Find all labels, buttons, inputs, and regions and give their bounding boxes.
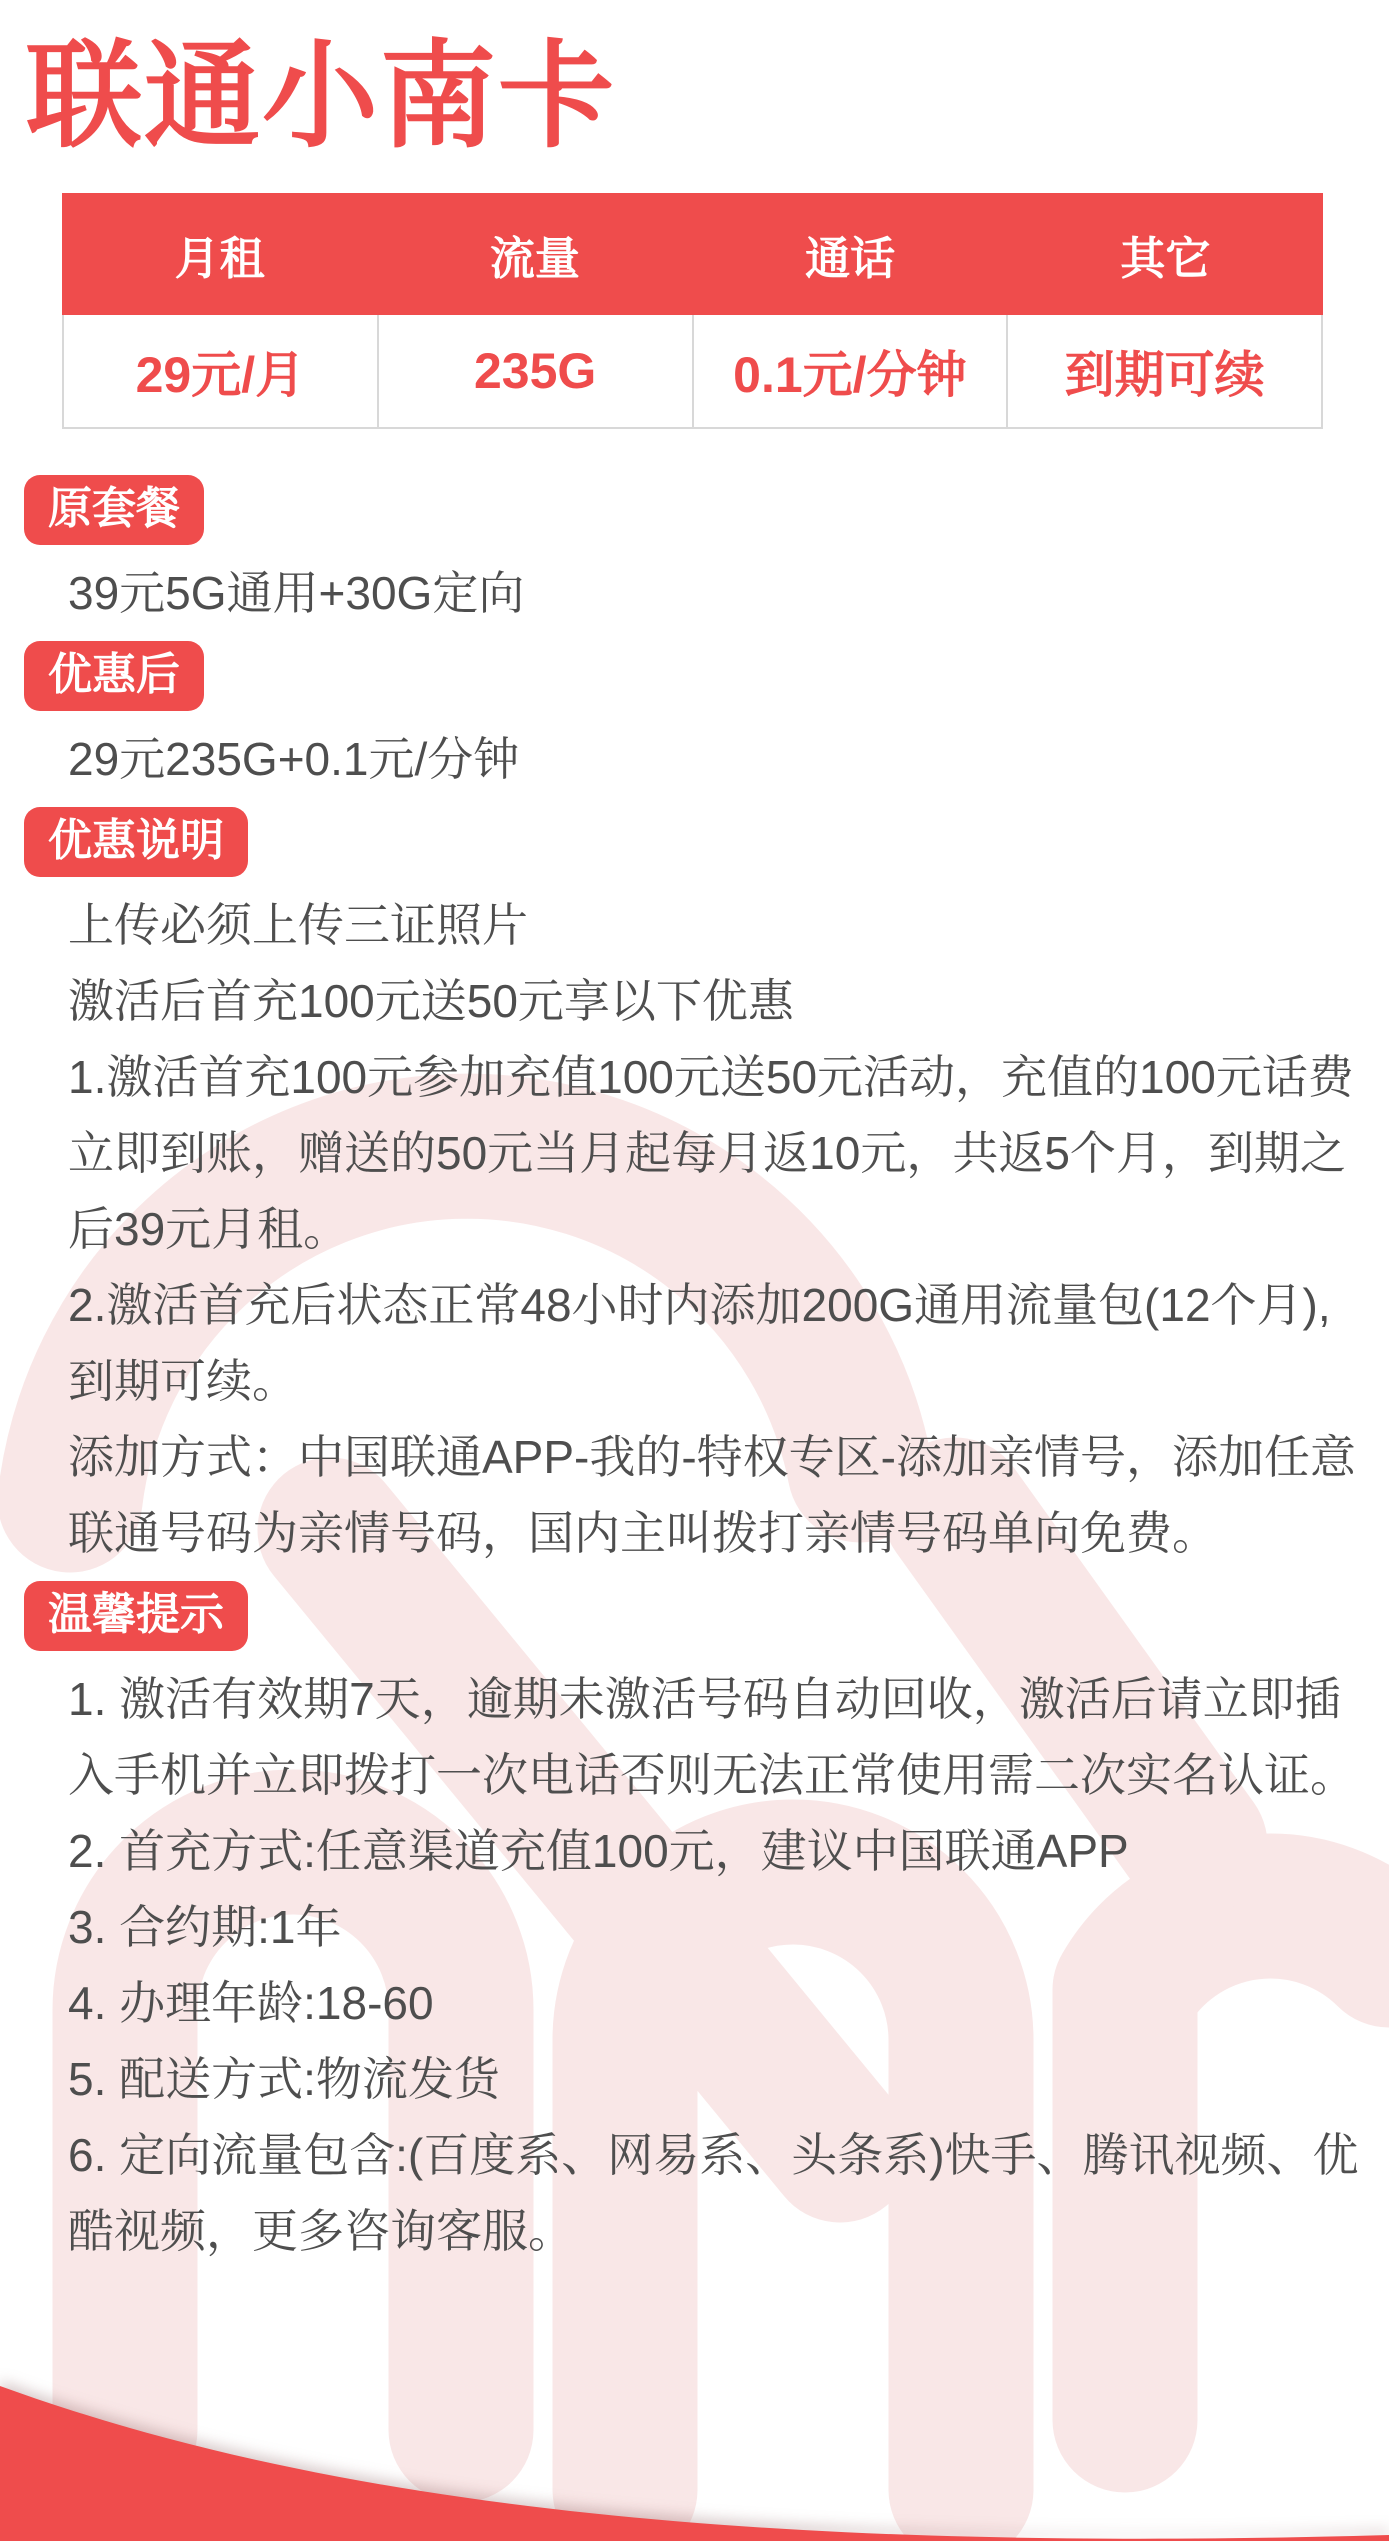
section-original-plan: 原套餐 39元5G通用+30G定向: [24, 475, 1389, 631]
text-line: 6. 定向流量包含:(百度系、网易系、头条系)快手、腾讯视频、优: [68, 2117, 1349, 2193]
page-title: 联通小南卡: [26, 30, 1389, 163]
value-cell-data: 235G: [377, 315, 692, 427]
text-line: 立即到账，赠送的50元当月起每月返10元，共返5个月，到期之: [68, 1115, 1349, 1191]
header-cell-calls: 通话: [693, 222, 1008, 287]
badge-promo-description: 优惠说明: [24, 807, 248, 877]
flyer-content: 联通小南卡 月租 流量 通话 其它 29元/月 235G 0.1元/分钟 到期可…: [0, 30, 1389, 2269]
text-line: 添加方式：中国联通APP-我的-特权专区-添加亲情号，添加任意: [68, 1419, 1349, 1495]
section-promo-description: 优惠说明 上传必须上传三证照片激活后首充100元送50元享以下优惠1.激活首充1…: [24, 807, 1389, 1571]
text-line: 1.激活首充100元参加充值100元送50元活动，充值的100元话费: [68, 1039, 1349, 1115]
text-line: 5. 配送方式:物流发货: [68, 2041, 1349, 2117]
text-line: 29元235G+0.1元/分钟: [68, 721, 1349, 797]
section-warm-tips: 温馨提示 1. 激活有效期7天，逾期未激活号码自动回收，激活后请立即插入手机并立…: [24, 1581, 1389, 2269]
value-cell-monthly-fee: 29元/月: [64, 315, 377, 427]
plan-table-value-row: 29元/月 235G 0.1元/分钟 到期可续: [62, 315, 1323, 429]
text-line: 39元5G通用+30G定向: [68, 555, 1349, 631]
header-cell-data: 流量: [377, 222, 692, 287]
footer-curve-shape: [0, 2386, 1389, 2541]
text-line: 4. 办理年龄:18-60: [68, 1965, 1349, 2041]
badge-warm-tips: 温馨提示: [24, 1581, 248, 1651]
header-cell-monthly-fee: 月租: [62, 222, 377, 287]
text-line: 激活后首充100元送50元享以下优惠: [68, 963, 1349, 1039]
text-line: 入手机并立即拨打一次电话否则无法正常使用需二次实名认证。: [68, 1737, 1349, 1813]
text-line: 2. 首充方式:任意渠道充值100元，建议中国联通APP: [68, 1813, 1349, 1889]
text-line: 2.激活首充后状态正常48小时内添加200G通用流量包(12个月),: [68, 1267, 1349, 1343]
footer-red-curve: [0, 2281, 1389, 2541]
text-line: 到期可续。: [68, 1343, 1349, 1419]
plan-table-header-row: 月租 流量 通话 其它: [62, 193, 1323, 315]
badge-original-plan: 原套餐: [24, 475, 204, 545]
value-cell-calls: 0.1元/分钟: [692, 315, 1007, 427]
text-line: 后39元月租。: [68, 1191, 1349, 1267]
warm-tips-lines: 1. 激活有效期7天，逾期未激活号码自动回收，激活后请立即插入手机并立即拨打一次…: [68, 1661, 1349, 2269]
section-after-discount: 优惠后 29元235G+0.1元/分钟: [24, 641, 1389, 797]
plan-table: 月租 流量 通话 其它 29元/月 235G 0.1元/分钟 到期可续: [62, 193, 1323, 429]
after-discount-lines: 29元235G+0.1元/分钟: [68, 721, 1349, 797]
text-line: 酷视频，更多咨询客服。: [68, 2193, 1349, 2269]
text-line: 上传必须上传三证照片: [68, 887, 1349, 963]
text-line: 3. 合约期:1年: [68, 1889, 1349, 1965]
header-cell-other: 其它: [1008, 222, 1323, 287]
original-plan-lines: 39元5G通用+30G定向: [68, 555, 1349, 631]
text-line: 1. 激活有效期7天，逾期未激活号码自动回收，激活后请立即插: [68, 1661, 1349, 1737]
promo-description-lines: 上传必须上传三证照片激活后首充100元送50元享以下优惠1.激活首充100元参加…: [68, 887, 1349, 1571]
value-cell-other: 到期可续: [1006, 315, 1321, 427]
text-line: 联通号码为亲情号码，国内主叫拨打亲情号码单向免费。: [68, 1495, 1349, 1571]
badge-after-discount: 优惠后: [24, 641, 204, 711]
